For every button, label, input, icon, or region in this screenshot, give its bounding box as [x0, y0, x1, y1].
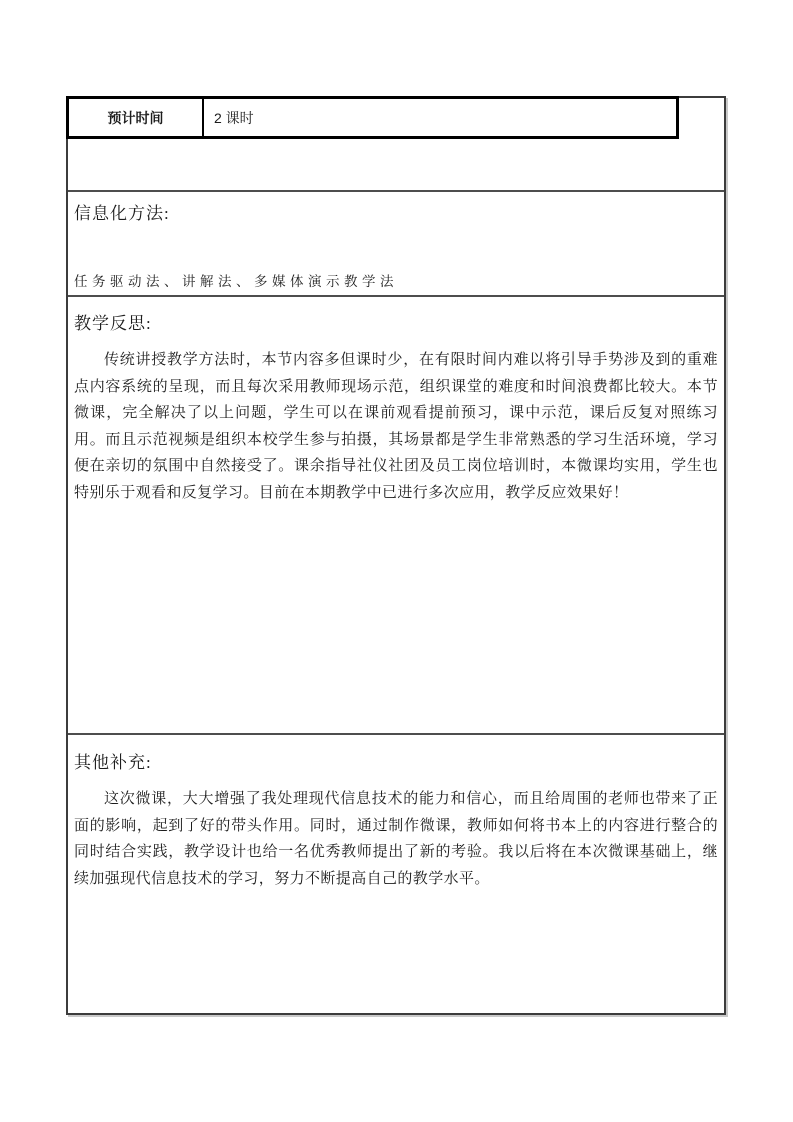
- informatization-methods-heading: 信息化方法:: [74, 199, 718, 224]
- informatization-methods-body: 任务驱动法、讲解法、多媒体演示教学法: [74, 270, 718, 290]
- teaching-plan-table: 预计时间 2 课时 信息化方法: 任务驱动法、讲解法、多媒体演示教学法 教学反思…: [66, 96, 726, 1015]
- teaching-reflection-heading: 教学反思:: [74, 309, 718, 334]
- section-teaching-reflection: 教学反思: 传统讲授教学方法时，本节内容多但课时少，在有限时间内难以将引导手势涉…: [68, 295, 724, 733]
- other-supplement-body: 这次微课，大大增强了我处理现代信息技术的能力和信心，而且给周围的老师也带来了正面…: [74, 786, 718, 892]
- section-other-supplement: 其他补充: 这次微课，大大增强了我处理现代信息技术的能力和信心，而且给周围的老师…: [68, 733, 724, 1013]
- time-row: 预计时间 2 课时: [68, 98, 724, 190]
- other-supplement-heading: 其他补充:: [74, 748, 718, 773]
- estimated-time-table: 预计时间 2 课时: [66, 96, 679, 139]
- teaching-reflection-body: 传统讲授教学方法时，本节内容多但课时少，在有限时间内难以将引导手势涉及到的重难点…: [74, 347, 718, 507]
- section-informatization-methods: 信息化方法: 任务驱动法、讲解法、多媒体演示教学法: [68, 190, 724, 295]
- document-page: 预计时间 2 课时 信息化方法: 任务驱动法、讲解法、多媒体演示教学法 教学反思…: [0, 0, 793, 1122]
- estimated-time-value: 2 课时: [204, 99, 676, 136]
- estimated-time-label: 预计时间: [69, 99, 204, 136]
